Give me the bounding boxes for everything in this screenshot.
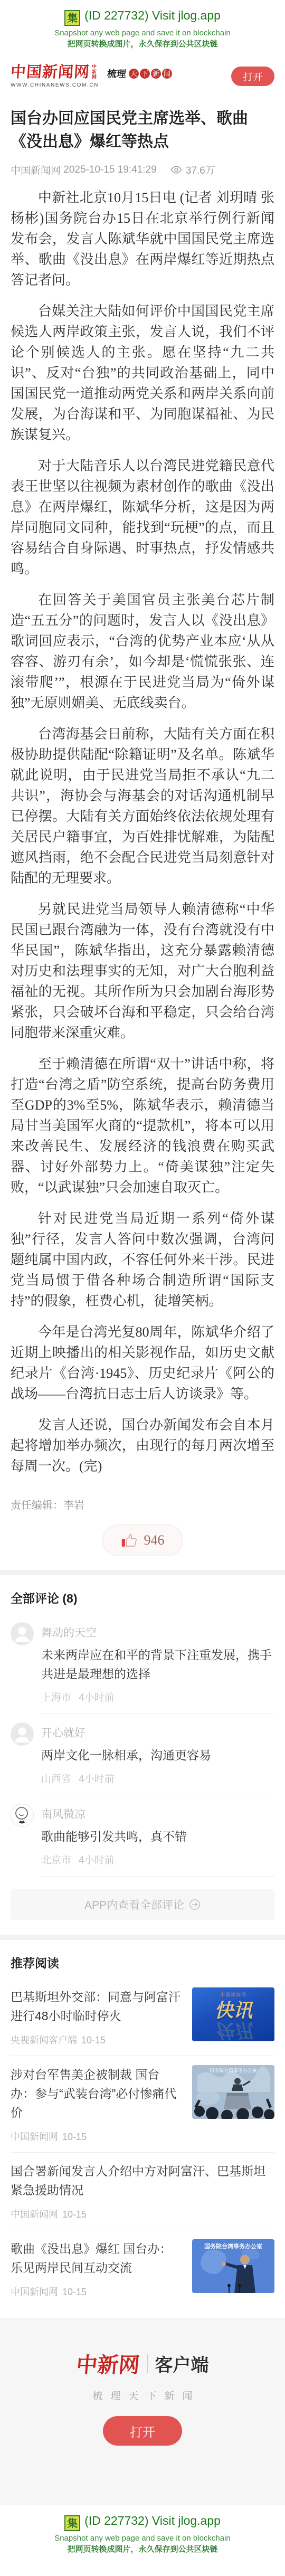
recommended-section-title: 推荐阅读: [11, 1954, 274, 1971]
site-header: 中国新闻网 中新网 WWW.CHINANEWS.COM.CN 梳理 天 下 新 …: [0, 58, 285, 94]
view-count: 37.6万: [170, 163, 215, 177]
comment-text: 歌曲能够引发共鸣，真不错: [41, 1827, 274, 1846]
editor-credit: 责任编辑：李岩: [11, 1497, 274, 1512]
recommended-meta: 中国新闻网10-15: [11, 2122, 184, 2143]
article: 国台办回应国民党主席选举、歌曲《没出息》爆红等热点 中国新闻网 2025-10-…: [0, 107, 285, 1556]
article-paragraph: 另就民进党当局领导人赖清德称“中华民国已跟台湾融为一体，没有台湾就没有中华民国”…: [11, 899, 274, 1043]
article-paragraph: 对于大陆音乐人以台湾民进党籍民意代表王世坚以往视频为素材创作的歌曲《没出息》在两…: [11, 456, 274, 579]
comments-section: 全部评论 (8) 舞动的天空 未来两岸应在和平的背景下注重发展，携手共进是最理想…: [0, 1589, 285, 1920]
site-slogan: 梳理 天 下 新 闻: [107, 67, 172, 80]
comment-time: 4小时前: [79, 1692, 115, 1703]
jlog-banner-subtitle-zh: 把网页转换成图片，永久保存到公共区块链: [0, 2544, 285, 2555]
app-download-footer: 中新网 客户端 梳理天下新闻 打开: [0, 2318, 285, 2505]
article-paragraph: 今年是台湾光复80周年，陈斌华介绍了近期上映播出的相关影视作品，如历史文献纪录片…: [11, 1322, 274, 1404]
article-paragraph: 台湾海基会日前称，大陆有关方面在积极协助提供陆配“除籍证明”及名单。陈斌华就此说…: [11, 724, 274, 888]
view-all-comments-label: APP内查看全部评论: [84, 1897, 184, 1912]
like-button[interactable]: 946: [102, 1524, 183, 1556]
recommended-meta: 央视新闻客户端10-15: [11, 2025, 184, 2047]
open-app-button-footer[interactable]: 打开: [103, 2416, 182, 2446]
article-paragraph: 中新社北京10月15日电 (记者 刘玥晴 张杨彬)国务院台办15日在北京举行例行…: [11, 187, 274, 290]
recommended-title: 歌曲《没出息》爆红 国台办：乐见两岸民间互动交流: [11, 2239, 184, 2277]
comment-item: 舞动的天空 未来两岸应在和平的背景下注重发展，携手共进是最理想的选择 上海市4小…: [11, 1614, 274, 1714]
article-source: 中国新闻网: [11, 163, 61, 177]
recommended-item[interactable]: 涉对台军售美企被制裁 国台办：参与“武装台湾”必付惨痛代价 中国新闻网10-15…: [11, 2056, 274, 2153]
jlog-banner-link-text[interactable]: (ID 227732) Visit jlog.app: [84, 8, 221, 22]
jlog-banner-subtitle-en: Snapshot any web page and save it on blo…: [0, 2533, 285, 2544]
recommended-date: 10-15: [62, 2287, 87, 2297]
thumbs-up-icon: [121, 1533, 138, 1548]
footer-logo-client: 客户端: [155, 2351, 209, 2376]
footer-slogan: 梳理天下新闻: [0, 2388, 285, 2402]
arrow-circle-icon: [189, 1899, 201, 1910]
chinanews-logo[interactable]: 中国新闻网 中新网 WWW.CHINANEWS.COM.CN: [11, 64, 99, 88]
article-paragraph: 发言人还说，国台办新闻发布会自本月起将增加举办频次，由现行的每月两次增至每周一次…: [11, 1415, 274, 1476]
eye-icon: [170, 166, 182, 174]
default-avatar-icon: [11, 1622, 34, 1645]
comment-item: 开心就好 两岸文化一脉相承，沟通更容易 山西省4小时前: [11, 1714, 274, 1795]
recommended-meta: 中国新闻网10-15: [11, 2277, 184, 2298]
jlog-banner-subtitle-en: Snapshot any web page and save it on blo…: [0, 27, 285, 39]
comment-meta: 北京市4小时前: [41, 1852, 274, 1867]
default-avatar-icon: [11, 1722, 34, 1746]
jlog-banner-subtitle-zh: 把网页转换成图片，永久保存到公共区块链: [0, 39, 285, 50]
recommended-meta: 中国新闻网10-15: [11, 2200, 274, 2221]
like-count: 946: [144, 1532, 165, 1548]
jlog-banner-bottom[interactable]: 集(ID 227732) Visit jlog.app Snapshot any…: [0, 2505, 285, 2563]
article-datetime: 2025-10-15 19:41:29: [63, 164, 156, 176]
article-paragraph: 针对民进党当局近期一系列“倚外谋独”行径，发言人答问中数次强调，台湾问题纯属中国…: [11, 1208, 274, 1311]
comment-time: 4小时前: [79, 1774, 115, 1785]
comment-meta: 山西省4小时前: [41, 1771, 274, 1785]
recommended-item[interactable]: 巴基斯坦外交部：同意与阿富汗进行48小时临时停火 央视新闻客户端10-15 中国…: [11, 1978, 274, 2056]
open-app-button-top[interactable]: 打开: [231, 67, 274, 86]
chinanews-logo-side-text: 中新网: [91, 64, 97, 80]
section-divider: [0, 1935, 285, 1940]
news-thumbnail-flash: 中国新闻网 快讯 快讯: [192, 1987, 274, 2041]
jlog-banner-id-line[interactable]: 集(ID 227732) Visit jlog.app: [0, 2512, 285, 2531]
comment-location: 山西省: [41, 1774, 71, 1785]
recommended-date: 10-15: [62, 2209, 87, 2220]
footer-logo: 中新网 客户端: [0, 2348, 285, 2379]
jlog-banner-top[interactable]: 集(ID 227732) Visit jlog.app Snapshot any…: [0, 0, 285, 58]
thumbnail-logo-text: 中国新闻网: [192, 1987, 274, 1998]
recommended-title: 国合署新闻发言人介绍中方对阿富汗、巴基斯坦紧急援助情况: [11, 2162, 274, 2200]
article-paragraph: 在回答关于美国官员主张美台芯片制造“五五分”的问题时，发言人以《没出息》歌词回应…: [11, 590, 274, 713]
comment-meta: 上海市4小时前: [41, 1690, 274, 1704]
slogan-prefix: 梳理: [107, 67, 127, 80]
news-thumbnail-spokesperson: 国务院台湾事务办公室: [192, 2239, 274, 2293]
slogan-circle-char: 闻: [162, 69, 172, 79]
view-all-comments-button[interactable]: APP内查看全部评论: [11, 1889, 274, 1920]
recommended-title: 巴基斯坦外交部：同意与阿富汗进行48小时临时停火: [11, 1987, 184, 2025]
comments-section-title: 全部评论 (8): [11, 1589, 274, 1606]
recommended-item[interactable]: 歌曲《没出息》爆红 国台办：乐见两岸民间互动交流 中国新闻网10-15 国务院台…: [11, 2230, 274, 2307]
thumbnail-caption-text: 国务院台湾事务办公室: [204, 2242, 262, 2250]
article-title: 国台办回应国民党主席选举、歌曲《没出息》爆红等热点: [11, 107, 274, 153]
avatar: [11, 1722, 34, 1746]
avatar: [11, 1804, 34, 1827]
section-divider: [0, 1570, 285, 1575]
recommended-date: 10-15: [62, 2132, 87, 2142]
comment-author: 舞动的天空: [41, 1624, 274, 1640]
comment-author: 南风微凉: [41, 1806, 274, 1822]
recommended-item[interactable]: 国合署新闻发言人介绍中方对阿富汗、巴基斯坦紧急援助情况 中国新闻网10-15: [11, 2153, 274, 2230]
comment-item: 南风微凉 歌曲能够引发共鸣，真不错 北京市4小时前: [11, 1795, 274, 1877]
footer-logo-divider: [147, 2354, 148, 2373]
chinanews-logo-text: 中国新闻网: [10, 64, 90, 81]
slogan-circle-char: 天: [129, 69, 139, 79]
comment-author: 开心就好: [41, 1725, 274, 1740]
article-paragraph: 台媒关注大陆如何评价中国国民党主席候选人两岸政策主张，发言人说，我们不评论个别候…: [11, 301, 274, 445]
recommended-source: 央视新闻客户端: [11, 2035, 77, 2045]
thumbnail-caption-text: 国务院台湾事务办公室: [210, 2067, 257, 2073]
slogan-circle-char: 新: [151, 69, 161, 79]
slogan-circle-char: 下: [140, 69, 150, 79]
comment-time: 4小时前: [79, 1855, 115, 1866]
recommended-section: 推荐阅读 巴基斯坦外交部：同意与阿富汗进行48小时临时停火 央视新闻客户端10-…: [0, 1954, 285, 2307]
news-thumbnail-press-photo: 国务院台湾事务办公室: [192, 2065, 274, 2119]
thumbnail-flash-label: 快讯: [192, 1999, 274, 2022]
comment-text: 未来两岸应在和平的背景下注重发展，携手共进是最理想的选择: [41, 1645, 274, 1683]
comment-text: 两岸文化一脉相承，沟通更容易: [41, 1746, 274, 1765]
thumbnail-flash-reflection: 快讯: [192, 2022, 274, 2038]
jlog-banner-id-line[interactable]: 集(ID 227732) Visit jlog.app: [0, 6, 285, 26]
jlog-banner-link-text[interactable]: (ID 227732) Visit jlog.app: [84, 2514, 221, 2527]
avatar: [11, 1622, 34, 1645]
footer-logo-brand: 中新网: [75, 2348, 141, 2379]
article-body: 中新社北京10月15日电 (记者 刘玥晴 张杨彬)国务院台办15日在北京举行例行…: [11, 187, 274, 1476]
chinanews-url: WWW.CHINANEWS.COM.CN: [11, 82, 99, 88]
recommended-title: 涉对台军售美企被制裁 国台办：参与“武装台湾”必付惨痛代价: [11, 2065, 184, 2122]
recommended-source: 中国新闻网: [11, 2132, 58, 2142]
article-paragraph: 至于赖清德在所谓“双十”讲话中称，将打造“台湾之盾”防空系统，提高台防务费用至G…: [11, 1054, 274, 1198]
cartoon-avatar-image: [11, 1804, 34, 1827]
article-meta: 中国新闻网 2025-10-15 19:41:29 37.6万: [11, 163, 274, 177]
recommended-date: 10-15: [81, 2035, 106, 2045]
recommended-source: 中国新闻网: [11, 2209, 58, 2220]
comment-location: 上海市: [41, 1692, 71, 1703]
view-count-value: 37.6万: [186, 163, 215, 177]
jlog-logo-icon: 集: [64, 10, 80, 26]
comment-location: 北京市: [41, 1855, 71, 1866]
jlog-logo-icon: 集: [64, 2515, 80, 2531]
recommended-source: 中国新闻网: [11, 2287, 58, 2297]
